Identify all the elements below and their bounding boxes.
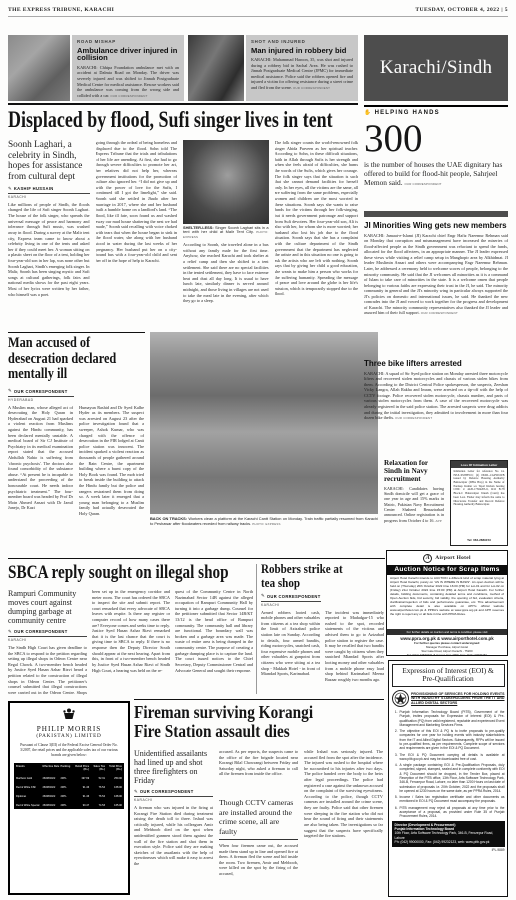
pm-cell: Red & White Special (16, 804, 43, 807)
brief-road-mishap: ROAD MISHAP Ambulance driver injured in … (72, 35, 184, 101)
pitb-point: Punjab Information Technology Board (PIT… (399, 710, 505, 727)
helping-hands-figure: 300 (364, 119, 508, 158)
pm-cell: Diplomat (16, 795, 43, 798)
pitb-ad-code: IPL-9889 (392, 847, 505, 852)
brief-headline: Three bike lifters arrested (364, 360, 508, 368)
pm-cell: 20HL (61, 804, 74, 807)
brief-navy-recruitment: Relaxation for Sindh in Navy recruitment… (384, 460, 444, 546)
robbers-col-2: The incident was immediately reported to… (325, 610, 384, 697)
brief-body: KARACHI: Muhammad Haroon, 35, was shot a… (251, 57, 353, 97)
airport-hotel-name: Airport Hotel (435, 555, 471, 561)
credit: OUR CORRESPONDENT (395, 416, 432, 420)
brief-headline: Relaxation for Sindh in Navy recruitment (384, 460, 444, 484)
byline-name: KASHIF HUSSAIN (14, 186, 54, 191)
pen-icon: ✎ (8, 389, 12, 394)
pm-cell: 250.00 (105, 777, 122, 780)
main-col-2: going through the ordeal of being homele… (96, 140, 178, 329)
pm-cell: 76.54 (89, 795, 105, 798)
article-text: Like millions of people of Sindh, the fl… (8, 202, 90, 320)
main-headline: Displaced by flood, Sufi singer lives in… (8, 107, 358, 137)
classified-title: Loss Of Intimation Letter (451, 461, 507, 468)
pm-intro: Pursuant of Clause 3(III) of the Federal… (16, 743, 122, 759)
helping-hands-text: is the number of houses the UAE dignitar… (364, 160, 508, 187)
pitb-point: The EOI & PQ Document carrying all detai… (399, 753, 505, 762)
headline-line: Robbers strike at tea shop (261, 562, 384, 591)
pm-cell: 20HL (61, 786, 74, 789)
sufi-photo-caption: SHELTER-LESS: Singer Soonh Laghari sits … (183, 226, 268, 241)
sbca-col-1: Rampuri Community moves court against du… (8, 589, 87, 695)
credit: OUR CORRESPONDENT (421, 311, 458, 315)
pen-icon: ✎ (134, 790, 138, 795)
sbca-subhead: Rampuri Community moves court against du… (8, 589, 87, 625)
pm-th-tax: Sales Tax (Rs.) (89, 765, 105, 771)
classified-body: Intimation Letter for reference No 14-H/… (451, 468, 507, 538)
fireman-subhead: Unidentified assailants had lined up and… (134, 749, 213, 785)
pitb-points: Punjab Information Technology Board (PIT… (399, 710, 505, 818)
pitb-footer: Director (Development & Procurement) Pun… (392, 821, 505, 847)
pm-cell: 197.69 (73, 777, 89, 780)
pm-cell: 165.00 (105, 804, 122, 807)
sufi-singer-photo (183, 140, 268, 224)
brief-body: KARACHI: Chhipa Foundation ambulance met… (77, 65, 179, 101)
train-station-photo (150, 332, 378, 514)
fireman-col-2: accused. As per reports, the suspects ca… (219, 749, 298, 897)
pm-cell: 168.00 (105, 795, 122, 798)
article-text: According to Soonh, she traveled alone i… (183, 242, 268, 328)
desecration-col-2: Humayun Rashid and Dr Syed Kalbe Hyder a… (79, 405, 144, 555)
auction-title: Auction Notice for Scrap Items (387, 565, 507, 575)
helping-hands-box: ✋ HELPING HANDS 300 is the number of hou… (364, 105, 508, 205)
pm-cell: 26/08/2022 (43, 777, 61, 780)
brief-headline: JI Minorities Wing gets new members (364, 222, 508, 230)
article-fireman: Fireman surviving Korangi Fire Station a… (134, 699, 384, 897)
brief-body: KARACHI: Jamaat-e-Islami (JI) Karachi ch… (364, 233, 508, 355)
classified-tel: Tel: 062-2889153 (451, 538, 507, 544)
headline-line: Fireman surviving Korangi Fire Station a… (134, 703, 383, 742)
pm-price-table: Brands Effective Date Packing Retail Pri… (14, 763, 124, 809)
contact-line: Tel: (021) 34570341-5 (Lines), Ext: 2909… (387, 654, 507, 656)
fireman-col-1: Unidentified assailants had lined up and… (134, 749, 213, 897)
byline: ✎ OUR CORRESPONDENT (8, 389, 74, 397)
section-box: Karachi/Sindh (364, 35, 508, 101)
main-headline-text: Displaced by flood, Sufi singer lives in… (8, 107, 357, 133)
pm-name: PHILIP MORRIS (14, 725, 124, 733)
headline-line-3: mentally ill (8, 367, 144, 383)
credit: OUR CORRESPONDENT (404, 182, 441, 186)
pitb-point: PITB management may reject all proposals… (399, 806, 505, 819)
headline-line-1: Robbers strike at (261, 562, 384, 576)
brief-headline: Ambulance driver injured in collision (77, 47, 179, 63)
body-text: KARACHI: Jamaat-e-Islami (JI) Karachi ch… (364, 233, 508, 315)
masthead-title: THE EXPRESS TRIBUNE, KARACHI (8, 7, 114, 13)
pitb-point: A single package containing EOI & Pre-Qu… (399, 763, 505, 793)
rule-top (8, 103, 358, 105)
headline-line-1: Man accused of (8, 336, 144, 352)
sbca-col-2: been set up in the emergency corridor an… (92, 589, 170, 695)
article-text: The Sindh High Court has given deadline … (8, 645, 87, 695)
credit: APP (436, 519, 442, 523)
pm-cell: Red & White KSF (16, 786, 43, 789)
byline-location: KARACHI (8, 195, 90, 199)
pm-cell: 90.47 (73, 804, 89, 807)
robbers-col-1: Armed robbers looted cash, mobile phones… (261, 610, 320, 697)
newspaper-page: THE EXPRESS TRIBUNE, KARACHI TUESDAY, OC… (0, 0, 516, 900)
pm-cell: 74.53 (89, 804, 105, 807)
brief-robbery: SHOT AND INJURED Man injured in robbery … (246, 35, 358, 101)
pitb-ad: Expression of Interest (EOI) & Pre-Quali… (388, 660, 508, 897)
auction-ad: A Airport Hotel Auction Notice for Scrap… (386, 550, 508, 656)
pm-crest-icon (61, 707, 77, 720)
byline: ✎ OUR CORRESPONDENT (134, 789, 213, 797)
byline-name: OUR CORRESPONDENT (14, 389, 68, 394)
pitb-title: PROVISIONING OF SERVICES FOR HOLDING EVE… (411, 692, 505, 706)
brief-photo-ambulance (8, 35, 70, 101)
pm-cell: 91.46 (73, 795, 89, 798)
article-text: accused. As per reports, the suspects ca… (219, 749, 298, 795)
column-divider (256, 564, 257, 694)
byline: ✎ OUR CORRESPONDENT (261, 594, 321, 602)
pen-icon: ✎ (8, 630, 12, 635)
pullquote: Though CCTV cameras are installed around… (219, 798, 298, 840)
brief-ji-minorities: JI Minorities Wing gets new members KARA… (364, 222, 508, 356)
pen-icon: ✎ (8, 187, 12, 192)
pm-th-total: Total Price (Rs.) (105, 765, 122, 771)
masthead-date: TUESDAY, OCTOBER 4, 2022 | 5 (415, 7, 508, 13)
pm-cell: 91.46 (73, 786, 89, 789)
airport-hotel-logo: A Airport Hotel (387, 551, 507, 565)
kicker-text: HELPING HANDS (375, 110, 440, 116)
body-text: KARACHI: Candidates having Sindh domicil… (384, 486, 444, 523)
article-text: When four firemen came out, the accused … (219, 843, 298, 891)
byline-location: KARACHI (134, 798, 213, 802)
punjab-crest-icon (392, 689, 409, 708)
fireman-headline: Fireman surviving Korangi Fire Station a… (134, 703, 384, 745)
pm-cell: 26/08/2022 (43, 786, 61, 789)
pm-th-packing: Packing (61, 765, 74, 771)
pitb-point: Income / Sales tax registration certific… (399, 795, 505, 804)
pm-cell: 26/08/2022 (43, 804, 61, 807)
pm-th-date: Effective Date (43, 765, 61, 771)
sbca-headline-text: SBCA reply sought on illegal shop (8, 562, 253, 584)
brief-body: KARACHI: Candidates having Sindh domicil… (384, 486, 444, 524)
fireman-col-3: while Irshad was seriously injured. The … (304, 749, 383, 897)
pm-cell: 52.31 (89, 777, 105, 780)
article-sbca: SBCA reply sought on illegal shop Rampur… (8, 562, 253, 696)
pm-cell: Marlboro Gold (16, 777, 43, 780)
pm-name-2: (PAKISTAN) LIMITED (14, 733, 124, 739)
pm-cell: 20HL (61, 795, 74, 798)
pitb-footer-line: 10th Floor, Arfa Software Technology Par… (395, 831, 502, 840)
pm-cell: 20HL (61, 777, 74, 780)
desecration-col-1: A Muslim man, whose alleged act of desec… (8, 405, 73, 555)
article-text: A fireman who was injured in the firing … (134, 805, 213, 893)
pm-th-retail: Retail Price (Rs.) (73, 765, 89, 771)
brief-kicker: ROAD MISHAP (77, 39, 179, 44)
pm-cell: 168.00 (105, 786, 122, 789)
headline-line: Man accused of desecration declared ment… (8, 336, 144, 383)
brief-body: KARACHI: A squad of Sir Syed police stat… (364, 371, 508, 455)
brief-headline: Man injured in robbery bid (251, 47, 353, 55)
byline-location: HYDERABAD (8, 398, 145, 402)
pm-cell: 26/08/2022 (43, 795, 61, 798)
classified-notice: Loss Of Intimation Letter Intimation Let… (450, 460, 508, 546)
pen-icon: ✎ (261, 594, 265, 599)
pitb-header: Expression of Interest (EOI) & Pre-Quali… (392, 664, 505, 687)
article-sufi-singer: Displaced by flood, Sufi singer lives in… (8, 107, 358, 330)
sidebar-divider (364, 211, 508, 217)
masthead: THE EXPRESS TRIBUNE, KARACHI TUESDAY, OC… (8, 7, 508, 17)
brief-kicker: SHOT AND INJURED (251, 39, 353, 44)
byline-location: KARACHI (8, 638, 87, 642)
airport-hotel-monogram-icon: A (423, 554, 432, 563)
brief-credit: OUR CORRESPONDENT (110, 94, 147, 98)
rule-mid (8, 558, 385, 559)
section-label: Karachi/Sindh (380, 57, 492, 79)
train-photo-caption: BACK ON TRACKS: Workers clean a platform… (150, 517, 378, 541)
sbca-col-3: quest of the Community Centre in North N… (175, 589, 253, 695)
headline-line-1: Fireman surviving Korangi (134, 703, 383, 722)
byline-name: OUR CORRESPONDENT (267, 594, 321, 599)
auction-contact: For further queries please contact under… (387, 642, 507, 656)
hand-icon: ✋ (364, 110, 372, 116)
photo-credit: PHOTO: EXPRESS (252, 522, 280, 526)
brief-credit: OUR CORRESPONDENT (293, 86, 330, 90)
pm-th-brand: Brands (16, 765, 43, 771)
pm-cell: 76.54 (89, 786, 105, 789)
headline-line-2: desecration declared (8, 352, 144, 368)
body-text: KARACHI: A squad of Sir Syed police stat… (364, 371, 508, 420)
pitb-point: The objective of this EOI & PQ is to inv… (399, 729, 505, 750)
main-col-1: Soonh Laghari, a celebrity in Sindh, hop… (8, 140, 90, 329)
main-subhead: Soonh Laghari, a celebrity in Sindh, hop… (8, 140, 90, 182)
brief-bike-lifters: Three bike lifters arrested KARACHI: A s… (364, 360, 508, 456)
pitb-footer-line: Ph: (042) 99000000, Fax: (042) 99232123,… (395, 840, 502, 844)
helping-hands-kicker: ✋ HELPING HANDS (364, 110, 508, 116)
byline-location: KARACHI (261, 603, 385, 607)
auction-body: Airport Hotel Karachi intends to AUCTION… (387, 575, 507, 629)
article-desecration: Man accused of desecration declared ment… (8, 332, 145, 558)
main-col-4: The folk singer counts the world-renowne… (275, 140, 358, 329)
pitb-header-line-2: Pre-Qualification (393, 675, 504, 684)
headline-line-2: Fire Station assault dies (134, 722, 383, 741)
sbca-headline: SBCA reply sought on illegal shop (8, 562, 253, 586)
philip-morris-ad: PHILIP MORRIS (PAKISTAN) LIMITED Pursuan… (8, 701, 130, 895)
headline-line-2: tea shop (261, 576, 384, 590)
desecration-headline: Man accused of desecration declared ment… (8, 336, 145, 386)
brief-photo-pistol (188, 35, 244, 101)
byline: ✎ OUR CORRESPONDENT (8, 629, 87, 637)
byline-name: OUR CORRESPONDENT (14, 629, 68, 634)
main-col-3: SHELTER-LESS: Singer Soonh Laghari sits … (183, 140, 268, 329)
byline: ✎ KASHIF HUSSAIN (8, 186, 90, 194)
byline-name: OUR CORRESPONDENT (140, 789, 194, 794)
article-robbers: Robbers strike at tea shop ✎ OUR CORRESP… (261, 562, 385, 696)
robbers-headline: Robbers strike at tea shop (261, 562, 385, 592)
